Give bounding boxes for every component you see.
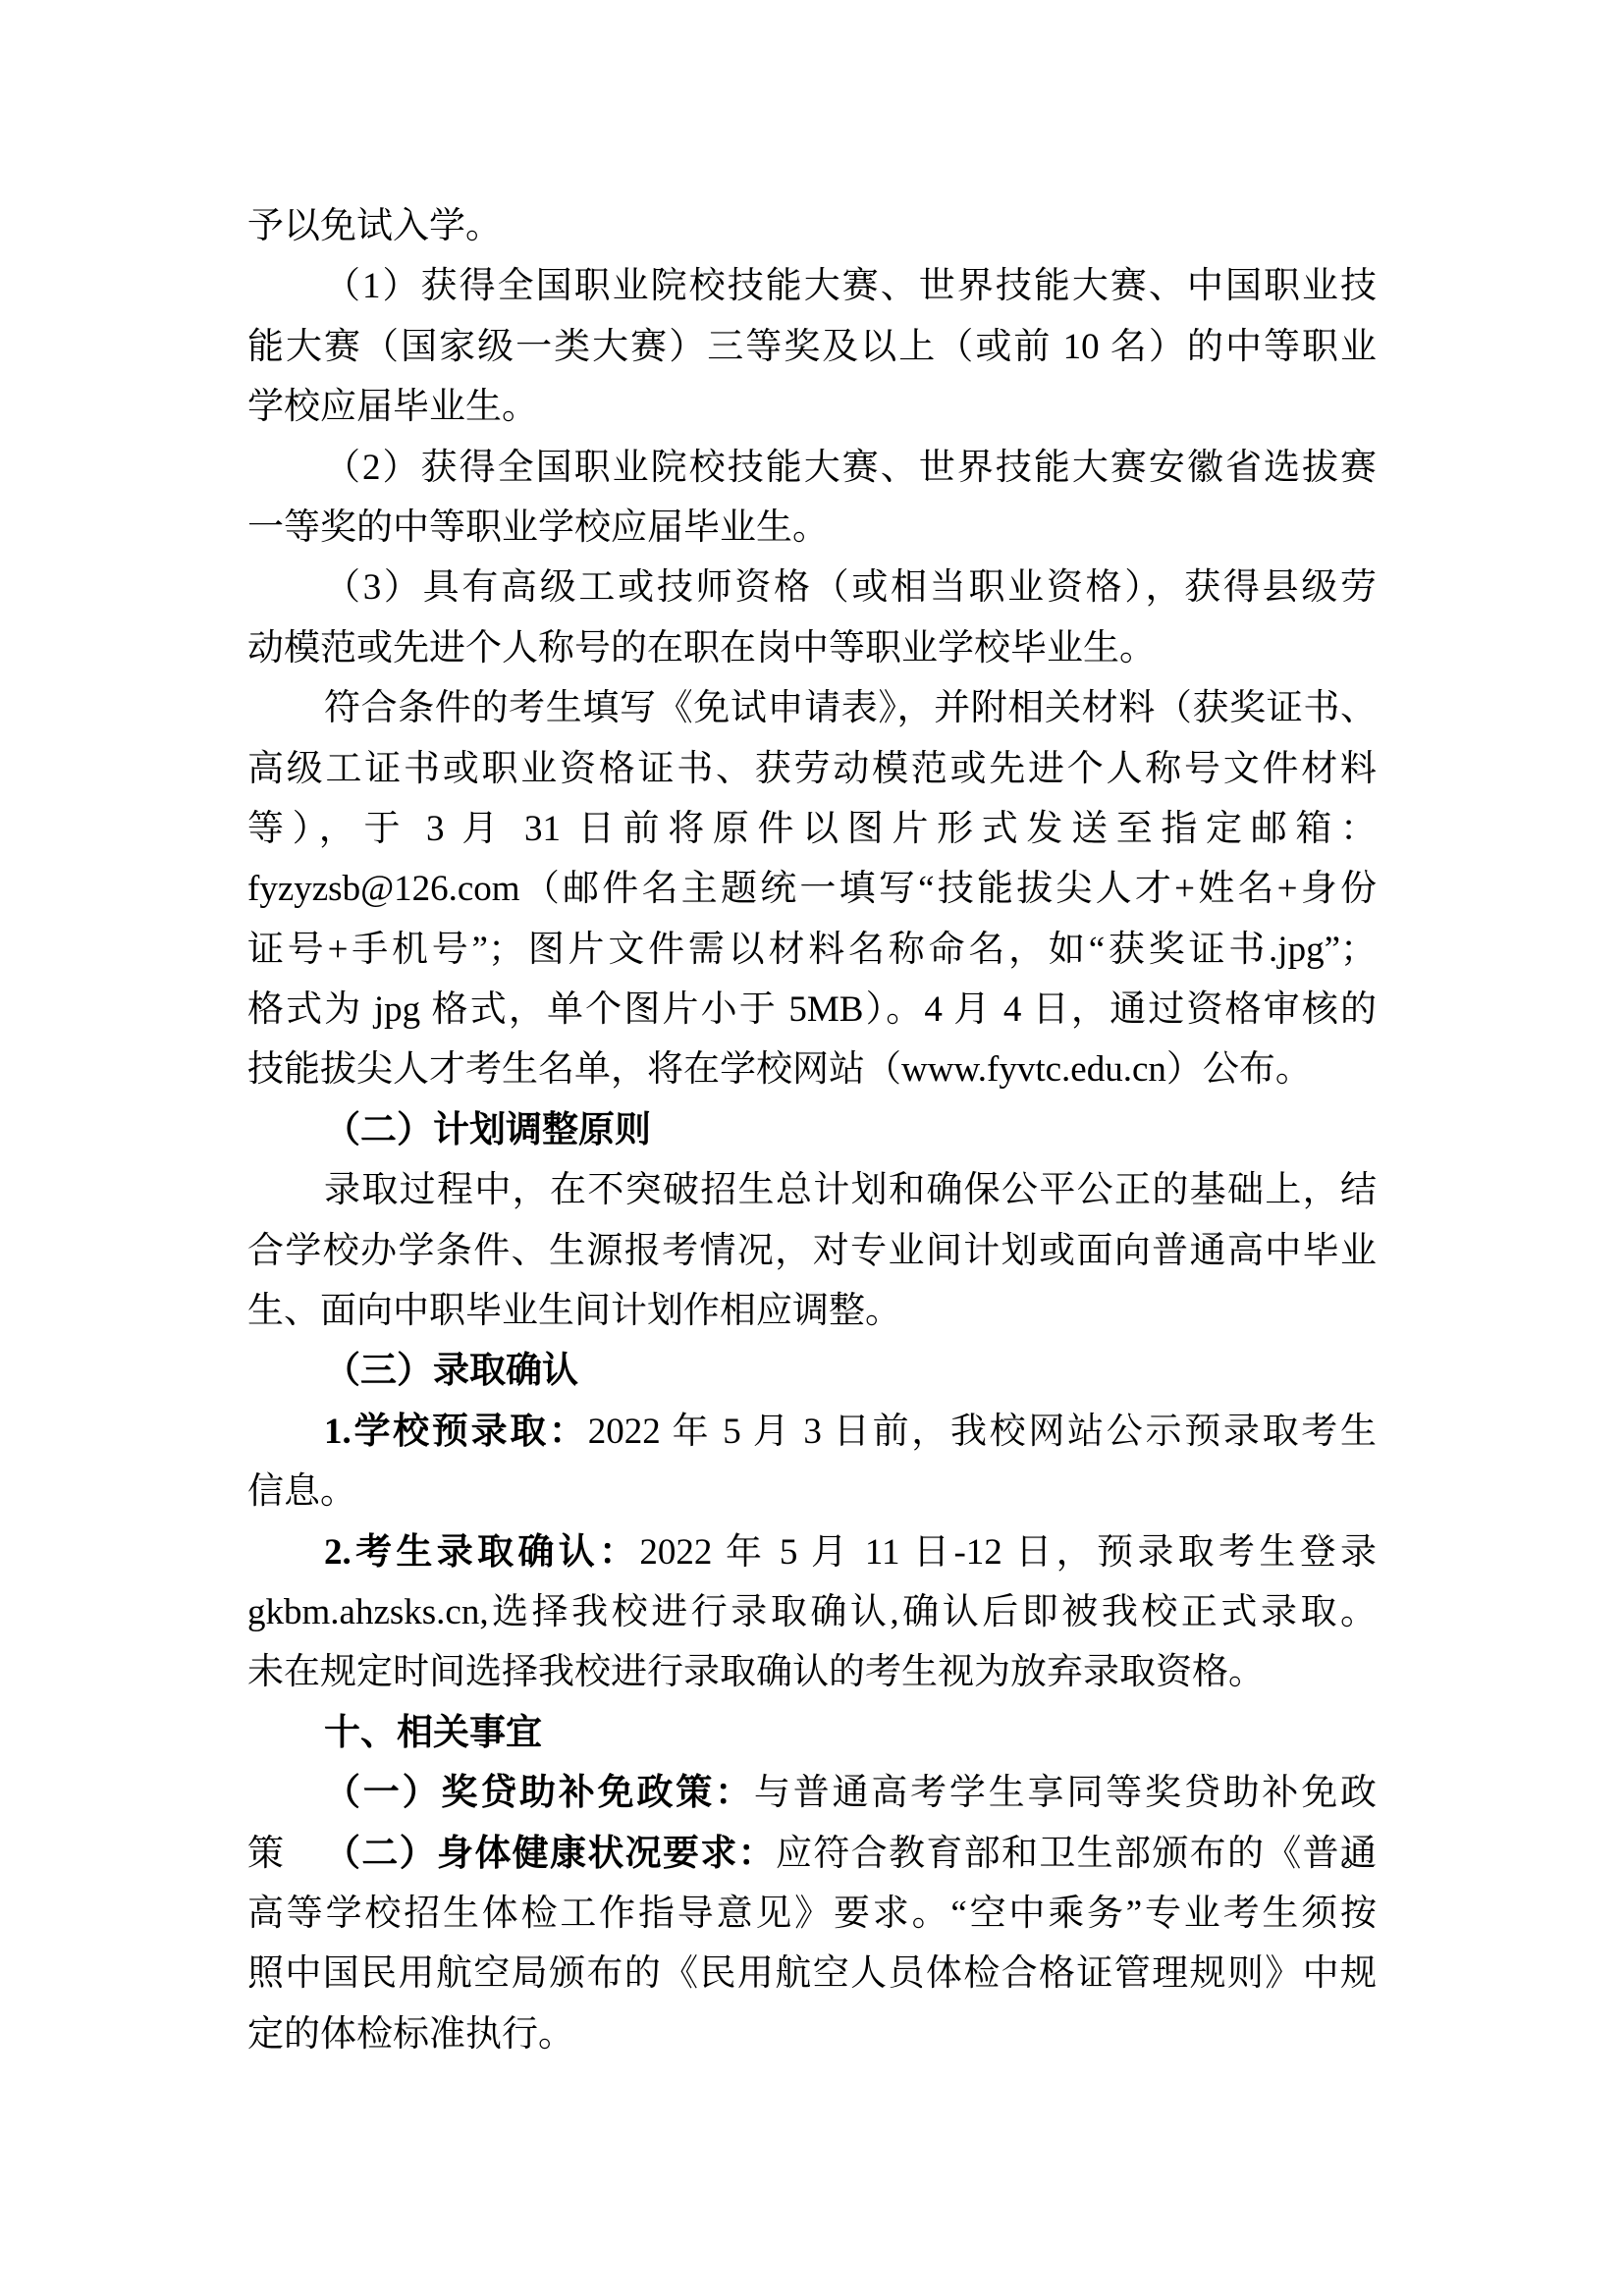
text-line: 照中国民用航空局颁布的《民用航空人员体检合格证管理规则》中规 — [247, 1944, 1377, 2003]
text-run: 2022 年 5 月 3 日前，我校网站公示预录取考生 — [588, 1412, 1377, 1452]
text-line: 信息。 — [247, 1462, 1377, 1522]
text-run: 高级工证书或职业资格证书、获劳动模范或先进个人称号文件材料 — [247, 749, 1377, 789]
text-run: （1）获得全国职业院校技能大赛、世界技能大赛、中国职业技 — [324, 266, 1377, 306]
text-run-bold: （二）身体健康状况要求： — [324, 1834, 776, 1874]
text-line: 能大赛（国家级一类大赛）三等奖及以上（或前 10 名）的中等职业 — [247, 317, 1377, 377]
text-run: 信息。 — [247, 1471, 356, 1512]
text-line: 等），于 3 月 31 日前将原件以图片形式发送至指定邮箱： — [247, 799, 1377, 859]
text-run: 照中国民用航空局颁布的《民用航空人员体检合格证管理规则》中规 — [247, 1953, 1377, 1994]
text-run: 应符合教育部和卫生部颁布的《普通 — [776, 1834, 1377, 1874]
text-run-bold: 2.考生录取确认： — [324, 1532, 639, 1573]
text-line: 符合条件的考生填写《免试申请表》，并附相关材料（获奖证书、 — [247, 678, 1377, 738]
text-run: gkbm.ahzsks.cn,选择我校进行录取确认,确认后即被我校正式录取。 — [247, 1592, 1377, 1632]
document-page: 予以免试入学。（1）获得全国职业院校技能大赛、世界技能大赛、中国职业技能大赛（国… — [0, 0, 1624, 2296]
text-line: 生、面向中职毕业生间计划作相应调整。 — [247, 1281, 1377, 1341]
text-run: 动模范或先进个人称号的在职在岗中等职业学校毕业生。 — [247, 628, 1156, 668]
text-run: （3）具有高级工或技师资格（或相当职业资格），获得县级劳 — [324, 567, 1377, 608]
text-run: 高等学校招生体检工作指导意见》要求。“空中乘务”专业考生须按 — [247, 1894, 1377, 1934]
document-lines: 予以免试入学。（1）获得全国职业院校技能大赛、世界技能大赛、中国职业技能大赛（国… — [247, 196, 1377, 2064]
text-run: 定的体检标准执行。 — [247, 2014, 574, 2055]
text-line: （二）计划调整原则 — [247, 1100, 1377, 1160]
text-line: 证号+手机号”；图片文件需以材料名称命名，如“获奖证书.jpg”； — [247, 920, 1377, 980]
text-line: 予以免试入学。 — [247, 196, 1377, 256]
text-run: 能大赛（国家级一类大赛）三等奖及以上（或前 10 名）的中等职业 — [247, 327, 1377, 367]
text-run: （2）获得全国职业院校技能大赛、世界技能大赛安徽省选拔赛 — [324, 448, 1377, 488]
text-line: 高等学校招生体检工作指导意见》要求。“空中乘务”专业考生须按 — [247, 1884, 1377, 1944]
text-line: （二）身体健康状况要求：应符合教育部和卫生部颁布的《普通 — [247, 1824, 1377, 1884]
text-run: 未在规定时间选择我校进行录取确认的考生视为放弃录取资格。 — [247, 1652, 1265, 1692]
text-line: 未在规定时间选择我校进行录取确认的考生视为放弃录取资格。 — [247, 1642, 1377, 1702]
text-line: 2.考生录取确认：2022 年 5 月 11 日-12 日，预录取考生登录 — [247, 1522, 1377, 1582]
text-line: 动模范或先进个人称号的在职在岗中等职业学校毕业生。 — [247, 618, 1377, 678]
text-run-bold: （二）计划调整原则 — [324, 1110, 651, 1150]
text-line: 技能拔尖人才考生名单，将在学校网站（www.fyvtc.edu.cn）公布。 — [247, 1040, 1377, 1099]
text-line: 定的体检标准执行。 — [247, 2004, 1377, 2064]
text-line: （一）奖贷助补免政策：与普通高考学生享同等奖贷助补免政策。 — [247, 1763, 1377, 1823]
text-line: fyzyzsb@126.com（邮件名主题统一填写“技能拔尖人才+姓名+身份 — [247, 859, 1377, 919]
text-line: 合学校办学条件、生源报考情况，对专业间计划或面向普通高中毕业 — [247, 1221, 1377, 1281]
text-run-bold: 1.学校预录取： — [324, 1412, 588, 1452]
text-run: 学校应届毕业生。 — [247, 387, 538, 427]
text-line: 录取过程中，在不突破招生总计划和确保公平公正的基础上，结 — [247, 1160, 1377, 1220]
text-run: 合学校办学条件、生源报考情况，对专业间计划或面向普通高中毕业 — [247, 1231, 1377, 1271]
text-run: 录取过程中，在不突破招生总计划和确保公平公正的基础上，结 — [324, 1170, 1377, 1210]
text-run: 予以免试入学。 — [247, 206, 502, 246]
text-line: （三）录取确认 — [247, 1341, 1377, 1401]
text-run: 格式为 jpg 格式，单个图片小于 5MB）。4 月 4 日，通过资格审核的 — [247, 989, 1377, 1030]
text-line: gkbm.ahzsks.cn,选择我校进行录取确认,确认后即被我校正式录取。 — [247, 1582, 1377, 1642]
text-line: （2）获得全国职业院校技能大赛、世界技能大赛安徽省选拔赛 — [247, 438, 1377, 498]
text-run-bold: （一）奖贷助补免政策： — [324, 1773, 754, 1813]
text-line: 学校应届毕业生。 — [247, 377, 1377, 437]
text-run: 技能拔尖人才考生名单，将在学校网站（www.fyvtc.edu.cn）公布。 — [247, 1049, 1312, 1090]
text-run: 符合条件的考生填写《免试申请表》，并附相关材料（获奖证书、 — [324, 688, 1377, 728]
text-line: （3）具有高级工或技师资格（或相当职业资格），获得县级劳 — [247, 558, 1377, 617]
text-line: 1.学校预录取：2022 年 5 月 3 日前，我校网站公示预录取考生 — [247, 1402, 1377, 1462]
text-run-bold: （三）录取确认 — [324, 1351, 578, 1391]
text-run: 生、面向中职毕业生间计划作相应调整。 — [247, 1291, 901, 1331]
text-run: 一等奖的中等职业学校应届毕业生。 — [247, 507, 829, 548]
text-line: （1）获得全国职业院校技能大赛、世界技能大赛、中国职业技 — [247, 256, 1377, 316]
text-line: 十、相关事宜 — [247, 1703, 1377, 1763]
text-line: 一等奖的中等职业学校应届毕业生。 — [247, 498, 1377, 558]
text-run: 2022 年 5 月 11 日-12 日，预录取考生登录 — [639, 1532, 1377, 1573]
text-run: 证号+手机号”；图片文件需以材料名称命名，如“获奖证书.jpg”； — [247, 930, 1377, 970]
text-line: 高级工证书或职业资格证书、获劳动模范或先进个人称号文件材料 — [247, 739, 1377, 799]
text-run-bold: 十、相关事宜 — [324, 1713, 542, 1753]
text-run: fyzyzsb@126.com（邮件名主题统一填写“技能拔尖人才+姓名+身份 — [247, 869, 1377, 909]
text-run: 等），于 3 月 31 日前将原件以图片形式发送至指定邮箱： — [247, 809, 1377, 849]
text-line: 格式为 jpg 格式，单个图片小于 5MB）。4 月 4 日，通过资格审核的 — [247, 980, 1377, 1040]
